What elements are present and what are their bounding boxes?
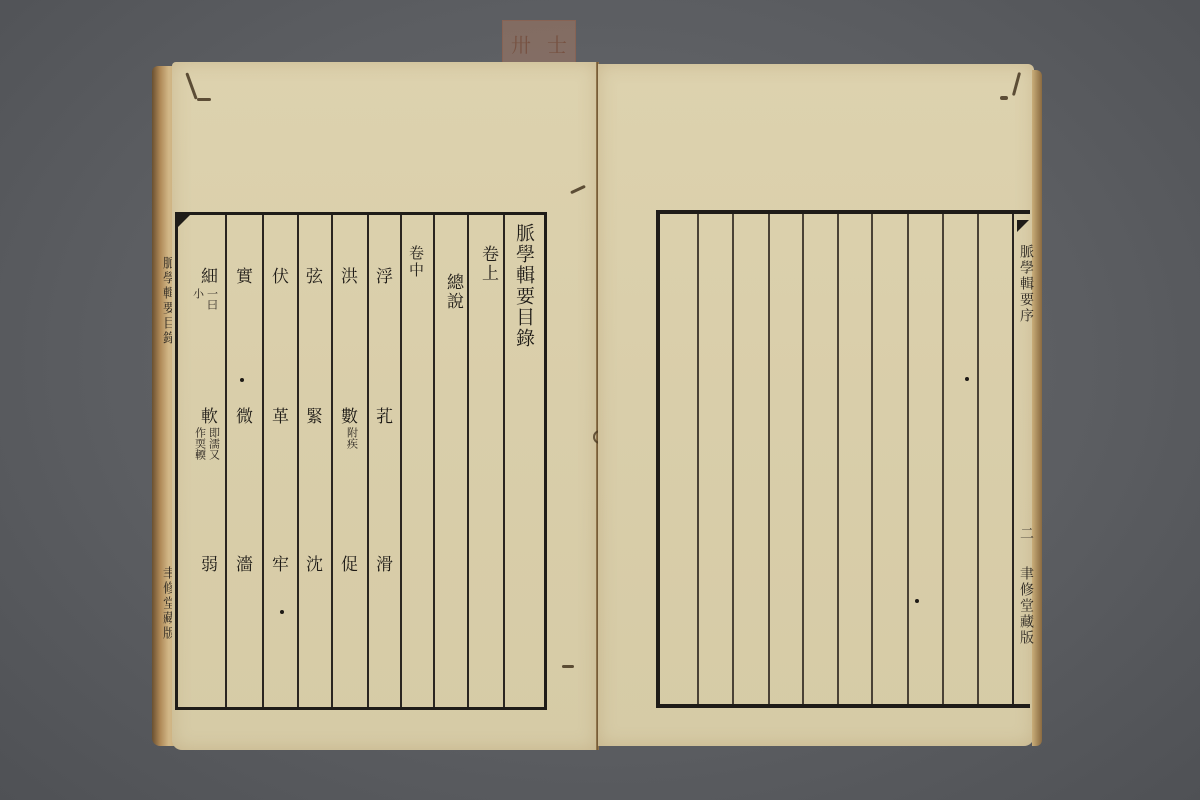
column-rule xyxy=(297,215,299,707)
fishtail-mark-icon xyxy=(178,215,190,227)
column-rule xyxy=(837,214,839,704)
right-margin-footer: 聿修堂藏版 xyxy=(1016,566,1036,646)
right-margin-title: 脈學輯要序 xyxy=(1016,244,1036,324)
worm-damage xyxy=(1000,96,1008,100)
column-rule xyxy=(503,215,505,707)
worm-damage xyxy=(197,98,211,101)
volume-2-heading: 卷中 xyxy=(406,245,427,279)
toc-entry-ruan-note-b: 作耎輭 xyxy=(194,427,206,460)
toc-entry-cu: 促 xyxy=(338,555,355,572)
seal-char-1: 卅 xyxy=(511,29,531,58)
column-rule xyxy=(732,214,734,704)
column-rule xyxy=(262,215,264,707)
toc-entry-wei: 微 xyxy=(233,407,250,424)
column-rule xyxy=(225,215,227,707)
toc-entry-ruo: 弱 xyxy=(198,555,215,572)
toc-entry-hua: 滑 xyxy=(373,555,390,572)
right-margin-page-number: 二 xyxy=(1016,526,1036,542)
column-rule xyxy=(331,215,333,707)
toc-entry-lao: 牢 xyxy=(269,555,286,572)
toc-entry-se: 濇 xyxy=(233,555,250,572)
ink-dot xyxy=(965,377,969,381)
column-rule xyxy=(768,214,770,704)
toc-entry-shu-note: 附疾 xyxy=(346,427,358,449)
left-page-print-frame: 脈學輯要目錄 卷上 總說 卷中 浮 芤 滑 洪 數 附疾 促 弦 緊 沈 伏 革… xyxy=(175,212,547,710)
toc-entry-shu: 數 xyxy=(338,407,355,424)
toc-entry-xian: 弦 xyxy=(303,267,320,284)
seal-char-2: 士 xyxy=(547,29,567,58)
toc-entry-ruan: 軟 xyxy=(198,407,215,424)
toc-entry-jin: 緊 xyxy=(303,407,320,424)
ink-dot xyxy=(915,599,919,603)
worm-damage xyxy=(562,665,574,668)
column-rule-center xyxy=(1012,214,1014,704)
ink-dot xyxy=(280,610,284,614)
toc-title: 脈學輯要目錄 xyxy=(511,223,538,349)
right-page-print-frame: 脈學輯要序 二 聿修堂藏版 xyxy=(656,210,1030,708)
toc-entry-xi: 細 xyxy=(198,267,215,284)
volume-1-heading: 卷上 xyxy=(476,245,501,283)
column-rule xyxy=(433,215,435,707)
column-rule xyxy=(400,215,402,707)
toc-entry-ge: 革 xyxy=(269,407,286,424)
toc-entry-fu-hidden: 伏 xyxy=(269,267,286,284)
library-seal-stamp: 卅 士 xyxy=(502,20,576,67)
column-rule xyxy=(367,215,369,707)
toc-entry-hong: 洪 xyxy=(338,267,355,284)
column-rule xyxy=(942,214,944,704)
column-rule xyxy=(802,214,804,704)
column-rule xyxy=(467,215,469,707)
column-rule xyxy=(697,214,699,704)
column-rule xyxy=(907,214,909,704)
toc-entry-xi-note-b: 一曰 xyxy=(206,288,218,310)
toc-entry-chen: 沈 xyxy=(303,555,320,572)
volume-1-general-item: 總說 xyxy=(441,273,466,311)
column-rule xyxy=(871,214,873,704)
toc-entry-shi: 實 xyxy=(233,267,250,284)
toc-entry-fu: 浮 xyxy=(373,267,390,284)
toc-entry-kou: 芤 xyxy=(373,407,390,424)
ink-dot xyxy=(240,378,244,382)
toc-entry-ruan-note-a: 即濡又 xyxy=(208,427,220,460)
toc-entry-xi-note-a: 小 xyxy=(192,288,204,299)
column-rule xyxy=(977,214,979,704)
fishtail-mark-icon xyxy=(1017,220,1029,232)
